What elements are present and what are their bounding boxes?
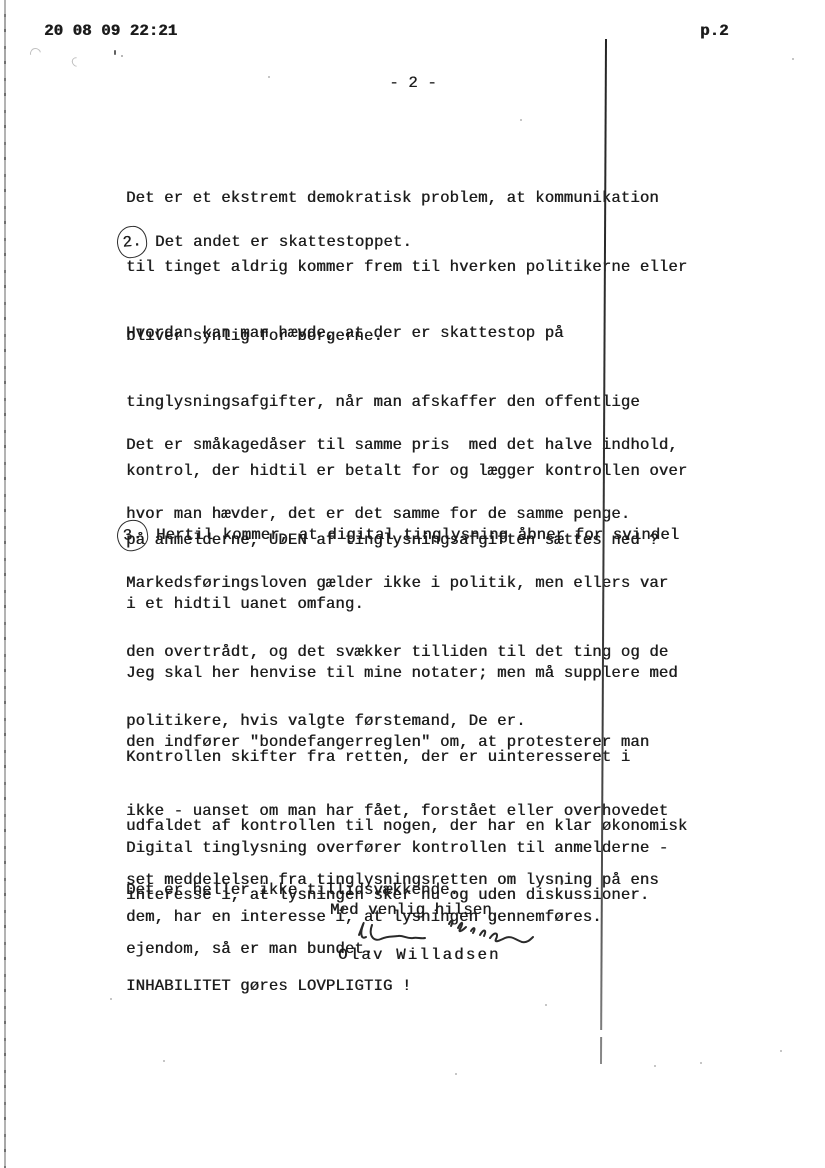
scan-speckle <box>654 1065 656 1067</box>
fax-document-page: 20 08 09 22:21 p.2 - 2 - Det er et ekstr… <box>0 0 825 1168</box>
text-line: i et hidtil uanet omfang. <box>126 593 678 616</box>
item-3-first-line: Hertil kommer, at digital tinglysning åb… <box>156 524 679 547</box>
scan-edge-artifact <box>4 0 6 1168</box>
fax-streak-gap <box>598 1030 605 1037</box>
text-line: Digital tinglysning overfører kontrollen… <box>126 837 668 860</box>
text-line: hvor man hævder, det er det samme for de… <box>126 503 678 526</box>
scan-speckle <box>780 1050 782 1052</box>
signature-scribble <box>349 911 534 951</box>
item-2-marker: 2. <box>122 230 143 255</box>
scan-smudge <box>28 46 43 61</box>
scan-speckle <box>792 58 794 60</box>
item-2-text: Det andet er skattestoppet. <box>155 231 412 254</box>
text-line: Det er et ekstremt demokratisk problem, … <box>126 187 687 210</box>
scan-speckle <box>700 1062 702 1064</box>
scan-speckle <box>455 1073 457 1075</box>
text-line: Jeg skal her henvise til mine notater; m… <box>126 662 678 685</box>
scan-speckle <box>121 55 123 57</box>
fax-page-label: p.2 <box>700 20 729 43</box>
scan-smudge <box>114 50 116 55</box>
scan-speckle <box>545 1004 547 1006</box>
text-line: INHABILITET gøres LOVPLIGTIG ! <box>126 975 668 998</box>
scan-smudge <box>70 55 83 68</box>
scan-speckle <box>163 1060 165 1062</box>
scan-speckle <box>520 119 522 121</box>
fax-timestamp: 20 08 09 22:21 <box>44 20 177 43</box>
scan-speckle <box>110 998 112 1000</box>
text-line: Det er småkagedåser til samme pris med d… <box>126 434 678 457</box>
page-number: - 2 - <box>368 72 458 95</box>
item-3-marker: 3. <box>122 523 144 548</box>
scan-speckle <box>268 76 270 78</box>
